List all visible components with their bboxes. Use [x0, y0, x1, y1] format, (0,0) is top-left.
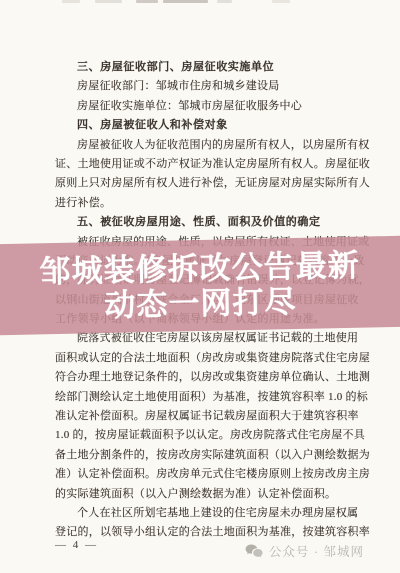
watermark: 公众号 · 邹城网: [245, 542, 364, 560]
doc-heading-4: 四、房屋被征收人和补偿对象: [0, 116, 400, 135]
headline-line-2: 动态一网打尽: [104, 283, 297, 322]
scan-artifact: [217, 0, 232, 3]
scan-artifact: [272, 0, 290, 3]
doc-heading-3: 三、房屋征收部门、房屋征收实施单位: [0, 58, 400, 77]
doc-line: 房屋征收部门：邹城市住房和城乡建设局: [0, 77, 400, 96]
doc-line: 进行补偿。: [0, 194, 400, 213]
doc-line: 面积或认定的合法土地面积（房改房或集资建房院落式住宅房屋: [0, 349, 400, 368]
doc-line: 备土地分割条件的，按房改房实际建筑面积（以入户测绘数据为: [0, 446, 400, 465]
doc-line: 的实际建筑面积（以入户测绘数据为准）认定补偿面积。: [0, 485, 400, 504]
doc-line: 原则上只对房屋所有权人进行补偿，无证房屋对房屋实际所有人: [0, 174, 400, 193]
doc-line: 准认定补偿面积。房屋权属证书记载房屋面积大于建筑容积率: [0, 407, 400, 426]
scan-artifact: [62, 0, 80, 3]
watermark-text: 公众号 · 邹城网: [269, 542, 364, 560]
doc-line: 符合办理土地登记条件的，以房改或集资建房单位确认、土地测: [0, 368, 400, 387]
doc-line: 1.0 的，按房屋证载面积予以认定。房改房院落式住宅房屋不具: [0, 426, 400, 445]
chat-bubbles-icon: [245, 544, 264, 559]
scan-artifact: [95, 0, 122, 3]
scan-artifact: [136, 0, 158, 3]
doc-heading-5: 五、被征收房屋用途、性质、面积及价值的确定: [0, 213, 400, 232]
doc-line: 准）认定补偿面积。房改房单元式住宅楼房原则上按房改房主房: [0, 465, 400, 484]
doc-line: 证、土地使用证或不动产权证为准认定房屋所有权人。房屋征收: [0, 155, 400, 174]
scanned-document-photo: 三、房屋征收部门、房屋征收实施单位 房屋征收部门：邹城市住房和城乡建设局 房屋征…: [0, 0, 400, 573]
page-number: — 4 —: [55, 539, 98, 551]
headline-line-1: 邹城装修拆改公告最新: [39, 247, 360, 289]
doc-line: 绘部门测绘认定土地使用面积）为基准，按建筑容积率 1.0 的标: [0, 388, 400, 407]
doc-line: 房屋征收实施单位：邹城市房屋征收服务中心: [0, 97, 400, 116]
doc-line: 个人在社区所划宅基地上建设的住宅房屋未办理房屋权属: [0, 504, 400, 523]
headline-banner-overlay[interactable]: 邹城装修拆改公告最新 动态一网打尽: [0, 236, 400, 336]
scan-artifact: [163, 0, 208, 3]
doc-line: 房屋被征收人为征收范围内的房屋所有权人，以房屋所有权: [0, 136, 400, 155]
